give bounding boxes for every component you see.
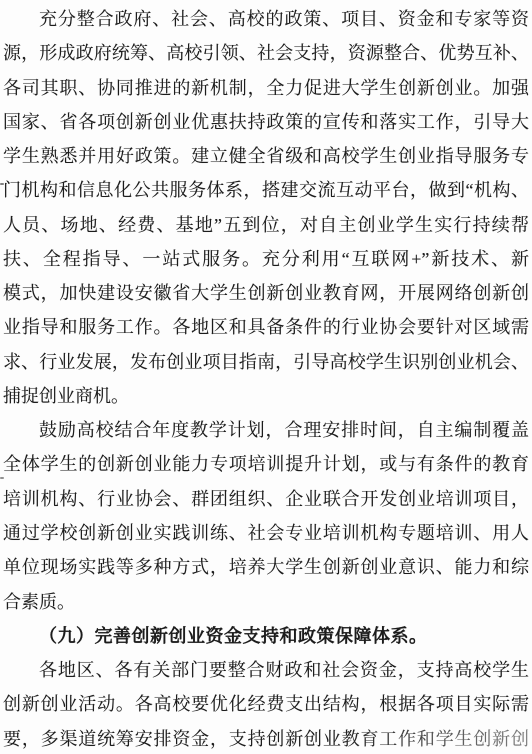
text-line: 源，形成政府统筹、高校引领、社会支持，资源整合、优势互补、 [3, 36, 529, 70]
text-line: 捕捉创业商机。 [3, 379, 529, 413]
text-line: 门机构和信息化公共服务体系，搭建交流互动平台，做到“机构、 [3, 173, 529, 207]
paragraph: 充分整合政府、社会、高校的政策、项目、资金和专家等资源，形成政府统筹、高校引领、… [3, 2, 529, 413]
text-line: 合素质。 [3, 585, 529, 619]
text-line: 业指导和服务工作。各地区和具备条件的行业协会要针对区域需 [3, 310, 529, 344]
text-line: 各地区、各有关部门要整合财政和社会资金，支持高校学生 [3, 653, 529, 687]
text-line: 学生熟悉并用好政策。建立健全省级和高校学生创业指导服务专 [3, 139, 529, 173]
scan-artifact [0, 477, 4, 479]
text-line: 创新创业活动。各高校要优化经费支出结构，根据各项目实际需 [3, 687, 529, 721]
document-page: 充分整合政府、社会、高校的政策、项目、资金和专家等资源，形成政府统筹、高校引领、… [0, 0, 532, 754]
text-line: 模式，加快建设安徽省大学生创新创业教育网，开展网络创新创 [3, 276, 529, 310]
text-line: 单位现场实践等多种方式，培养大学生创新创业意识、能力和综 [3, 550, 529, 584]
section-heading: （九）完善创新创业资金支持和政策保障体系。 [3, 619, 529, 653]
text-line: 全体学生的创新创业能力专项培训提升计划，或与有条件的教育 [3, 447, 529, 481]
text-line: 充分整合政府、社会、高校的政策、项目、资金和专家等资 [3, 2, 529, 36]
text-line: 人员、场地、经费、基地”五到位，对自主创业学生实行持续帮 [3, 208, 529, 242]
text-line: 国家、省各项创新创业优惠扶持政策的宣传和落实工作，引导大 [3, 105, 529, 139]
scan-artifact [0, 183, 4, 185]
text-line: 通过学校创新创业实践训练、社会专业培训机构专题培训、用人 [3, 516, 529, 550]
document-body: 充分整合政府、社会、高校的政策、项目、资金和专家等资源，形成政府统筹、高校引领、… [3, 2, 529, 754]
text-line: 各司其职、协同推进的新机制，全力促进大学生创新创业。加强 [3, 71, 529, 105]
paragraph: 各地区、各有关部门要整合财政和社会资金，支持高校学生创新创业活动。各高校要优化经… [3, 653, 529, 754]
heading-line: （九）完善创新创业资金支持和政策保障体系。 [3, 619, 529, 653]
text-line: 求、行业发展，发布创业项目指南，引导高校学生识别创业机会、 [3, 345, 529, 379]
text-line: 扶、全程指导、一站式服务。充分利用“互联网+”新技术、新 [3, 242, 529, 276]
text-line: 培训机构、行业协会、群团组织、企业联合开发创业培训项目， [3, 482, 529, 516]
text-line: 鼓励高校结合年度教学计划，合理安排时间，自主编制覆盖 [3, 413, 529, 447]
text-line: 要，多渠道统筹安排资金，支持创新创业教育工作和学生创新创 [3, 722, 529, 754]
paragraph: 鼓励高校结合年度教学计划，合理安排时间，自主编制覆盖全体学生的创新创业能力专项培… [3, 413, 529, 619]
